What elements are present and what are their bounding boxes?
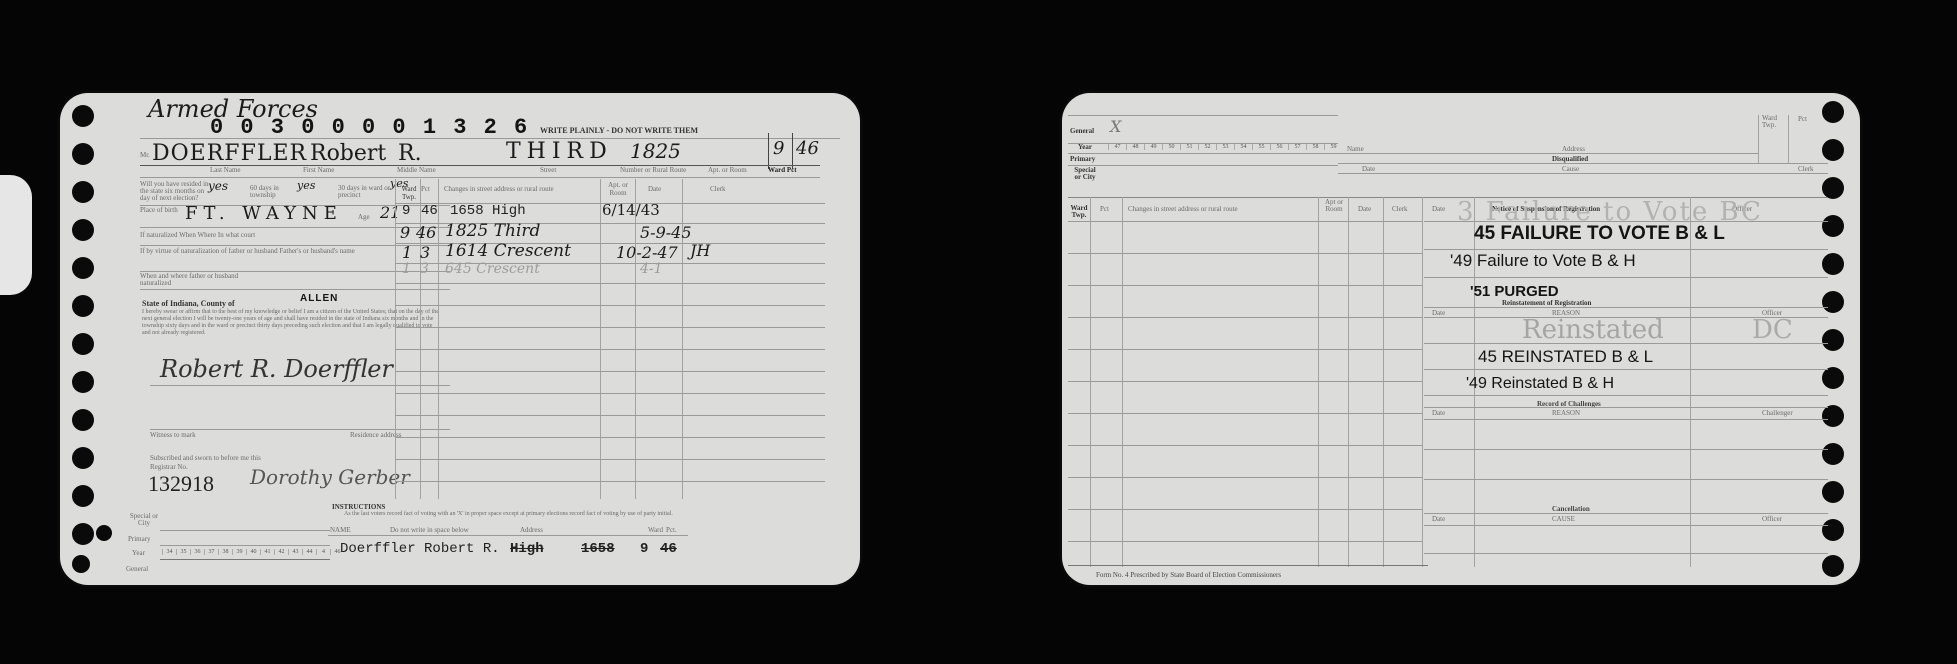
punch-hole [1822,291,1844,313]
punch-hole [72,371,94,393]
label-apt: Apt. or Room [708,166,747,174]
row3-ward: 1 [402,243,412,262]
registration-card-back: General Year Primary Special or City X 4… [1062,93,1860,585]
label-disqualified: Disqualified [1552,155,1588,163]
col-clerk: Clerk [710,185,726,193]
row4-date: 4-1 [640,261,663,277]
resided-township-value: yes [297,179,315,192]
row2-address: 1825 Third [445,221,540,241]
name-prefix: Mr. [140,151,150,159]
year-cell: 55 [1252,144,1270,150]
stamp-reinstated-45: 45 REINSTATED B & L [1478,347,1653,367]
col-ward: Ward Twp. [397,185,421,201]
label-address: Address [1562,145,1585,153]
first-name: Robert [310,141,386,166]
col-cancel-officer: Officer [1762,515,1782,523]
label-street: Street [540,166,556,174]
label-general: General [1070,127,1094,135]
punch-hole [72,485,94,507]
col-chal-reason: REASON [1552,409,1580,417]
reinstatement-title: Reinstatement of Registration [1502,299,1591,307]
year-cell: 40 [246,549,260,555]
label-resided-township: 60 days in township [250,185,300,199]
punch-hole [1822,329,1844,351]
serial-number: 0 0 3 0 0 0 0 1 3 2 6 [210,115,529,140]
year-cell: 47 [1108,144,1126,150]
punch-hole [72,447,94,469]
last-name: DOERFFLER [152,141,307,166]
punch-hole [72,409,94,431]
punch-hole [1822,177,1844,199]
middle-name: R. [398,141,422,166]
col-ward: Ward Twp. [1068,205,1090,219]
footer-ward: 9 [640,541,648,557]
label-resided-ward: 30 days in ward or precinct [338,185,398,199]
year-cell: 50 [1162,144,1180,150]
col-pct: Pct [421,185,430,193]
row1-pct: 46 [421,203,438,219]
row4-pct: 3 [420,261,429,277]
footer-pct: 46 [660,541,677,557]
stamp-reinstated-49: '49 Reinstated B & H [1466,375,1614,393]
row4-address: 645 Crescent [445,261,540,277]
registration-card-front: Armed Forces 0 0 3 0 0 0 0 1 3 2 6 WRITE… [60,93,860,585]
label-do-not-write: Do not write in space below [390,526,469,534]
year-cell: 34 [162,549,176,555]
punch-hole [72,181,94,203]
label-first-name: First Name [303,166,334,174]
punch-hole [72,295,94,317]
row2-pct: 46 [416,223,436,242]
cancellation-title: Cancellation [1552,505,1590,513]
year-row: 3435363738394041424344446 [162,549,344,555]
punch-hole [72,555,90,573]
punch-hole [1822,555,1844,577]
row2-date: 5-9-45 [640,223,692,242]
punch-hole [1822,253,1844,275]
row4-ward: 1 [402,261,411,277]
year-cell: 59 [1324,144,1342,150]
col-pct: Pct [1100,205,1109,213]
label-year: Year [1078,143,1092,151]
row2-ward: 9 [400,223,410,242]
age-value: 21 [380,203,400,222]
col-changes: Changes in street address or rural route [1128,205,1238,213]
label-primary: Primary [1070,155,1095,163]
form-footer: Form No. 4 Prescribed by State Board of … [1096,571,1281,579]
label-primary: Primary [128,535,151,543]
year-cell: 41 [260,549,274,555]
row1-date: 6/14/43 [602,201,660,219]
footer-name: Doerffler Robert R. [340,541,500,557]
label-cause: Cause [1562,165,1579,173]
label-name: Name [1347,145,1364,153]
punch-hole-extra [96,525,112,541]
voter-signature: Robert R. Doerffler [160,355,393,383]
registration-number: 132918 [148,471,214,497]
label-last-name: Last Name [210,166,241,174]
year-cell: 36 [190,549,204,555]
label-name-col: NAME [330,526,351,534]
pct-box: 46 [796,138,819,159]
row3-date: 10-2-47 [616,243,678,262]
col-cancel-cause: CAUSE [1552,515,1575,523]
year-cell: 39 [232,549,246,555]
instructions-text: As the last voters record fact of voting… [344,511,674,518]
year-cell: 48 [1126,144,1144,150]
label-address-col: Address [520,526,543,534]
year-cell: 56 [1270,144,1288,150]
label-special-city: Special or City [1072,167,1098,181]
footer-number: 1658 [581,541,615,557]
stamp-purged-51: '51 PURGED [1470,283,1559,300]
year-cell: 52 [1198,144,1216,150]
year-cell: 42 [274,549,288,555]
instruction-header: WRITE PLAINLY - DO NOT WRITE THEM [540,126,698,135]
label-residence-address: Residence address [350,431,402,439]
year-cell: 38 [218,549,232,555]
year-cell: 58 [1306,144,1324,150]
label-age: Age [358,213,370,221]
reinstatement-faint-officer: DC [1752,315,1793,345]
label-place-of-birth: Place of birth [140,207,180,214]
punch-hole [1822,215,1844,237]
year-cell: 53 [1216,144,1234,150]
punch-hole [72,523,94,545]
county-value: ALLEN [300,293,338,304]
label-clerk: Clerk [1798,165,1814,173]
footer-street: High [510,541,544,557]
place-of-birth-value: FT. WAYNE [185,203,343,224]
year-cell: 54 [1234,144,1252,150]
year-row: 47484950515253545556575859 [1108,144,1342,150]
label-middle-name: Middle Name [397,166,436,174]
stamp-failure-45: 45 FAILURE TO VOTE B & L [1474,223,1725,245]
stamp-failure-49: '49 Failure to Vote B & H [1450,251,1636,271]
label-year: Year [132,549,145,557]
registrar-signature: Dorothy Gerber [250,465,410,489]
punch-hole [72,333,94,355]
col-date: Date [648,185,661,193]
label-pct: Pct [1798,115,1807,123]
punch-hole [1822,367,1844,389]
year-cell: 57 [1288,144,1306,150]
punch-hole [72,105,94,127]
instructions-title: INSTRUCTIONS [332,503,385,511]
label-ward-col: Ward [648,526,663,534]
label-ward-pct: Ward Pct [768,166,797,174]
resided-state-value: yes [208,179,228,193]
row3-pct: 3 [420,243,430,262]
year-cell: 4 [316,549,330,555]
label-marriage: If by virtue of naturalization of father… [140,248,390,255]
punch-hole [72,219,94,241]
label-number: Number or Rural Route [620,166,686,174]
year-cell: 37 [204,549,218,555]
label-pct-col: Pct. [666,526,677,534]
general-vote-mark: X [1110,117,1121,136]
punch-hole [1822,481,1844,503]
punch-hole [72,143,94,165]
year-cell: 51 [1180,144,1198,150]
label-subscribed: Subscribed and sworn to before me this [150,454,261,462]
col-apt: Apt or Room [1320,199,1348,213]
label-date: Date [1362,165,1375,173]
reinstatement-faint-note: Reinstated [1522,315,1664,345]
year-cell: 49 [1144,144,1162,150]
col-reinst-date: Date [1432,309,1445,317]
row1-address: 1658 High [450,203,526,219]
col-clerk: Clerk [1392,205,1408,213]
punch-hole [72,257,94,279]
col-apt: Apt. or Room [603,181,633,197]
punch-hole [1822,443,1844,465]
oath-text: I hereby swear or affirm that to the bes… [142,309,442,337]
label-general: General [126,565,148,573]
label-resided-state: Will you have resided in the state six m… [140,181,210,202]
row3-address: 1614 Crescent [445,241,571,261]
label-special-city: Special or City [128,513,160,527]
col-chal-challenger: Challenger [1762,409,1793,417]
punch-hole [1822,101,1844,123]
year-cell: 44 [302,549,316,555]
adjacent-card-tab [0,175,32,295]
row1-ward: 9 [402,203,410,219]
punch-hole [1822,139,1844,161]
year-cell: 35 [176,549,190,555]
row3-clerk: JH [690,241,710,260]
punch-hole [1822,405,1844,427]
col-cancel-date: Date [1432,515,1445,523]
ward-box: 9 [773,138,784,159]
label-witness: Witness to mark [150,431,196,439]
col-susp-date: Date [1432,205,1445,213]
punch-hole [1822,519,1844,541]
label-when-where: When and where father or husband natural… [140,273,250,287]
label-registrar-no: Registrar No. [150,463,188,471]
label-state-county: State of Indiana, County of [142,299,235,308]
col-chal-date: Date [1432,409,1445,417]
street-name: THIRD [506,139,613,164]
col-changes: Changes in street address or rural route [444,185,554,193]
year-cell: 43 [288,549,302,555]
col-date: Date [1358,205,1371,213]
street-number: 1825 [630,139,681,163]
